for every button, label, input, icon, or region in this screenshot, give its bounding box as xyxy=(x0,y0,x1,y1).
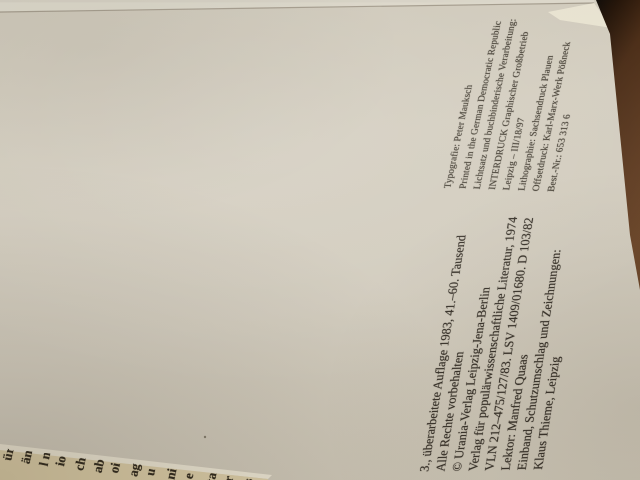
paper-speck xyxy=(204,436,206,438)
table-surface-corner xyxy=(596,0,640,290)
book-colophon-photo: Typografie: Peter Mauksch Printed in the… xyxy=(0,0,640,480)
facing-page-sliver xyxy=(0,450,268,480)
